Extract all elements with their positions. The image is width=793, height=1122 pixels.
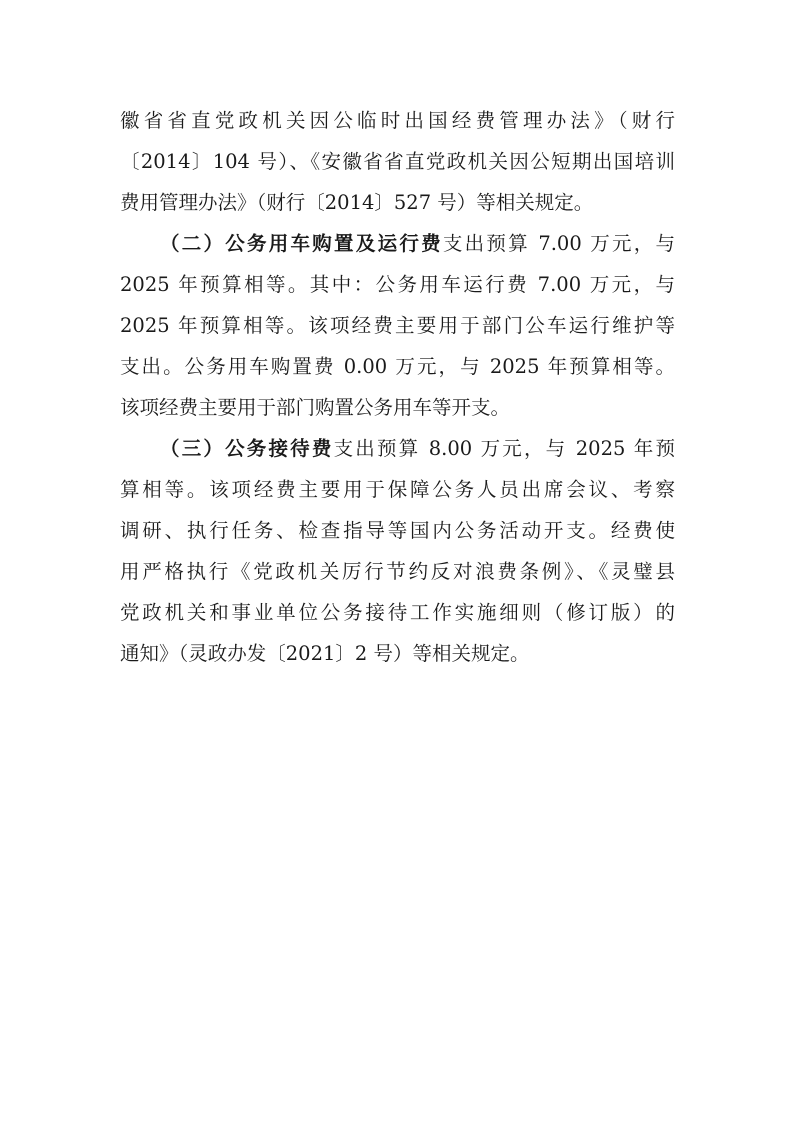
text-span: 支出预算 7.00 万元，与 xyxy=(443,232,675,255)
text-line: 通知》（灵政办发〔2021〕2 号）等相关规定。 xyxy=(120,633,675,674)
paragraph-reception-expenses: （三）公务接待费支出预算 8.00 万元，与 2025 年预 算相等。该项经费主… xyxy=(120,428,675,674)
text-line: 2025 年预算相等。该项经费主要用于部门公车运行维护等 xyxy=(120,305,675,346)
document-page: 徽省省直党政机关因公临时出国经费管理办法》（财行 〔2014〕104 号）、《安… xyxy=(120,100,675,674)
text-line: 党政机关和事业单位公务接待工作实施细则（修订版）的 xyxy=(120,592,675,633)
paragraph-vehicle-expenses: （二）公务用车购置及运行费支出预算 7.00 万元，与 2025 年预算相等。其… xyxy=(120,223,675,428)
text-line: 费用管理办法》（财行〔2014〕527 号）等相关规定。 xyxy=(120,182,675,223)
text-line: 算相等。该项经费主要用于保障公务人员出席会议、考察 xyxy=(120,469,675,510)
text-line: （二）公务用车购置及运行费支出预算 7.00 万元，与 xyxy=(120,223,675,264)
section-heading-reception: （三）公务接待费 xyxy=(160,437,334,460)
text-line: 徽省省直党政机关因公临时出国经费管理办法》（财行 xyxy=(120,100,675,141)
text-line: （三）公务接待费支出预算 8.00 万元，与 2025 年预 xyxy=(120,428,675,469)
section-heading-vehicle: （二）公务用车购置及运行费 xyxy=(160,232,443,255)
text-span: 支出预算 8.00 万元，与 2025 年预 xyxy=(334,437,675,460)
paragraph-regulations-continued: 徽省省直党政机关因公临时出国经费管理办法》（财行 〔2014〕104 号）、《安… xyxy=(120,100,675,223)
text-line: 支出。公务用车购置费 0.00 万元，与 2025 年预算相等。 xyxy=(120,346,675,387)
text-line: 调研、执行任务、检查指导等国内公务活动开支。经费使 xyxy=(120,510,675,551)
text-line: 〔2014〕104 号）、《安徽省省直党政机关因公短期出国培训 xyxy=(120,141,675,182)
text-line: 2025 年预算相等。其中：公务用车运行费 7.00 万元，与 xyxy=(120,264,675,305)
text-line: 该项经费主要用于部门购置公务用车等开支。 xyxy=(120,387,675,428)
text-line: 用严格执行《党政机关厉行节约反对浪费条例》、《灵璧县 xyxy=(120,551,675,592)
